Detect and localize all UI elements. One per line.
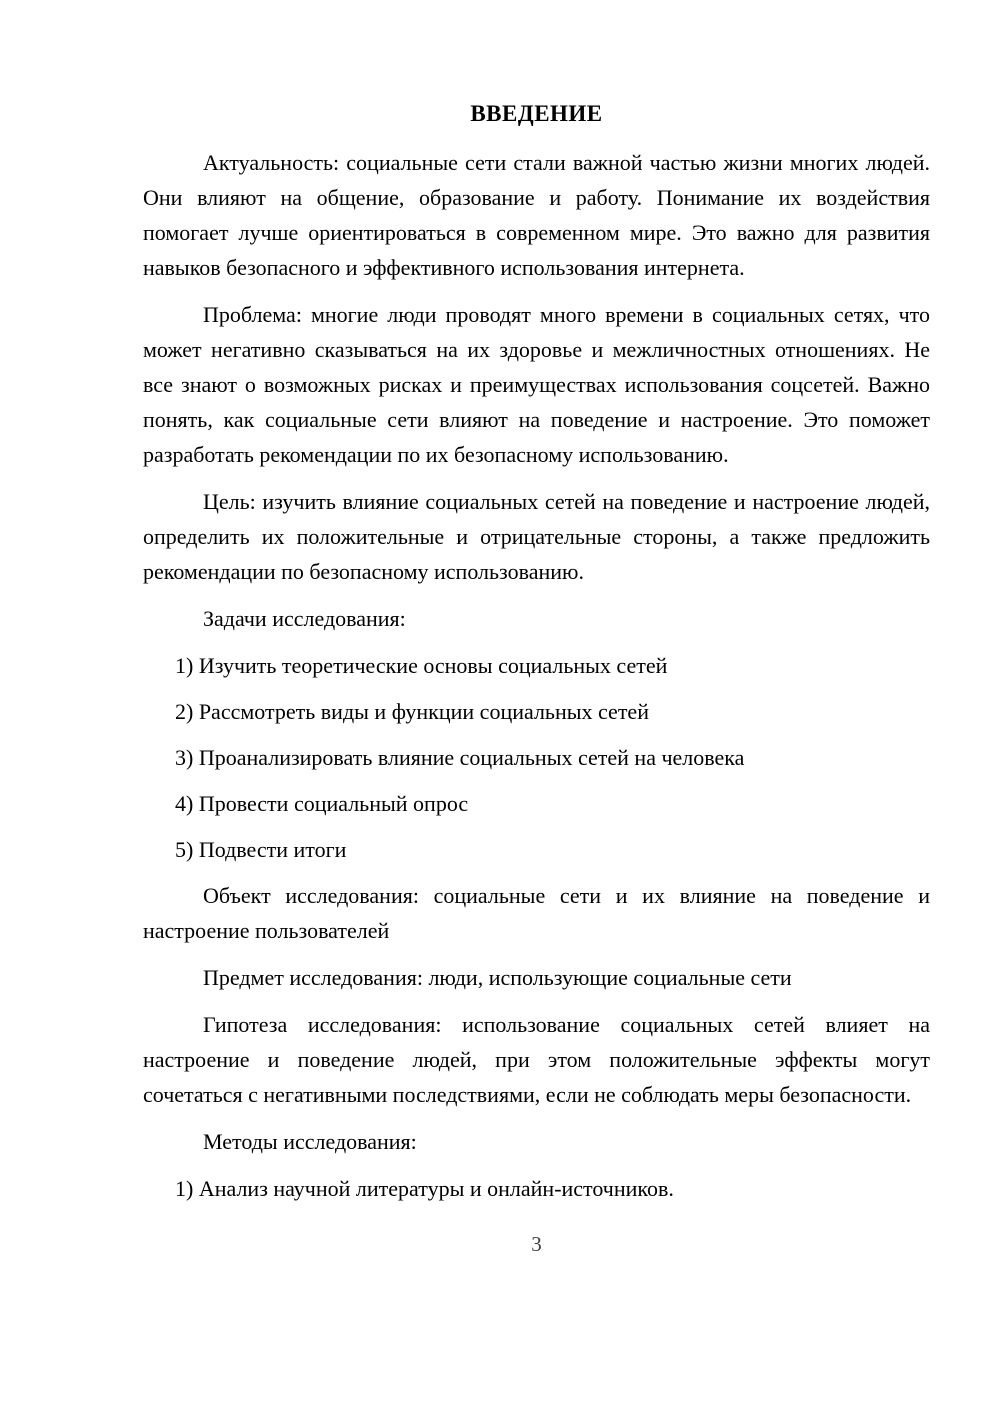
task-item-1: 1) Изучить теоретические основы социальн…: [143, 648, 930, 683]
paragraph-hypothesis: Гипотеза исследования: использование соц…: [143, 1007, 930, 1112]
paragraph-goal: Цель: изучить влияние социальных сетей н…: [143, 484, 930, 589]
paragraph-subject: Предмет исследования: люди, использующие…: [143, 960, 930, 995]
method-item-1: 1) Анализ научной литературы и онлайн-ис…: [143, 1171, 930, 1206]
tasks-list: 1) Изучить теоретические основы социальн…: [143, 648, 930, 867]
methods-list: 1) Анализ научной литературы и онлайн-ис…: [143, 1171, 930, 1206]
methods-heading: Методы исследования:: [143, 1124, 930, 1159]
document-page: ВВЕДЕНИЕ Актуальность: социальные сети с…: [0, 0, 1000, 1414]
paragraph-problem: Проблема: многие люди проводят много вре…: [143, 297, 930, 472]
page-title: ВВЕДЕНИЕ: [143, 96, 930, 131]
task-item-4: 4) Провести социальный опрос: [143, 786, 930, 821]
task-item-2: 2) Рассмотреть виды и функции социальных…: [143, 694, 930, 729]
page-number: 3: [143, 1232, 930, 1256]
task-item-3: 3) Проанализировать влияние социальных с…: [143, 740, 930, 775]
paragraph-object: Объект исследования: социальные сети и и…: [143, 878, 930, 948]
tasks-heading: Задачи исследования:: [143, 601, 930, 636]
paragraph-actuality: Актуальность: социальные сети стали важн…: [143, 145, 930, 285]
task-item-5: 5) Подвести итоги: [143, 832, 930, 867]
